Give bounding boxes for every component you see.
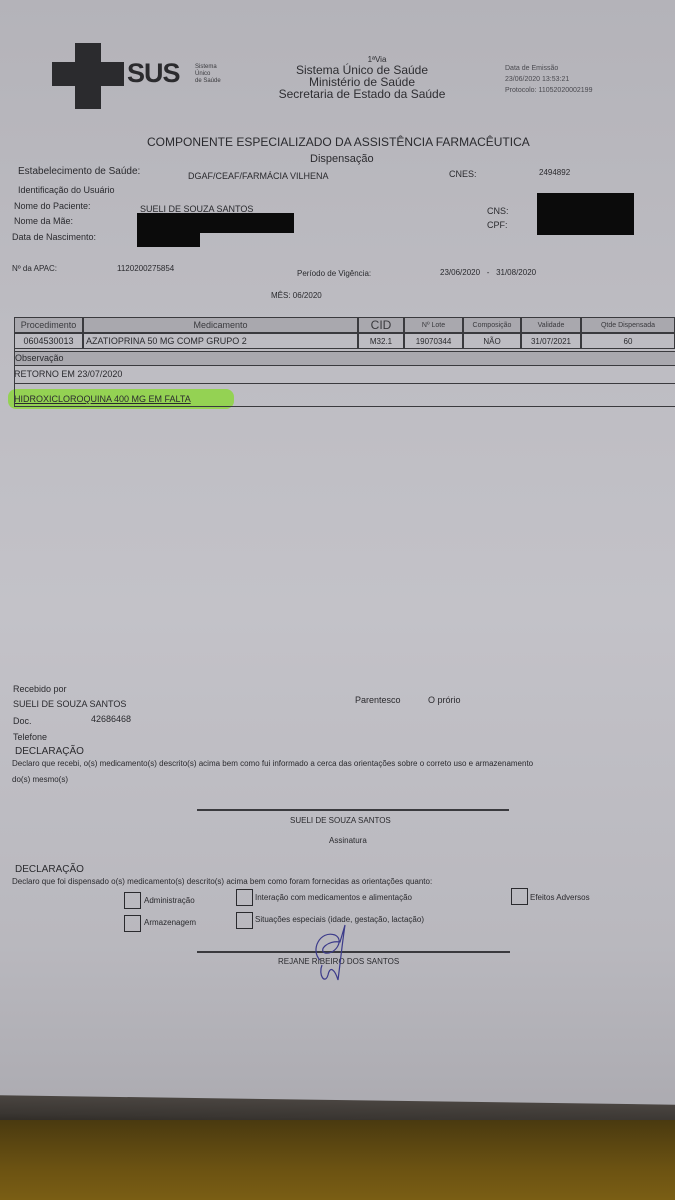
th-composicao: Composição	[463, 317, 521, 333]
establishment-label: Estabelecimento de Saúde:	[18, 166, 140, 177]
table-bottom-border	[14, 406, 675, 407]
option-interacao: Interação com medicamentos e alimentação	[255, 893, 412, 902]
checkbox-situacoes-especiais[interactable]	[236, 912, 253, 929]
table-left-border	[14, 317, 15, 407]
signature-name: SUELI DE SOUZA SANTOS	[290, 816, 391, 825]
th-lote: Nº Lote	[404, 317, 463, 333]
signature-label: Assinatura	[329, 836, 367, 845]
birth-date-label: Data de Nascimento:	[12, 232, 96, 242]
cross-icon-bar	[52, 62, 124, 86]
received-by-name: SUELI DE SOUZA SANTOS	[13, 699, 126, 709]
document-subtitle: Dispensação	[310, 153, 374, 165]
redacted-birth-date	[137, 232, 200, 247]
table-header-row: Procedimento Medicamento CID Nº Lote Com…	[14, 317, 675, 333]
observation-label: Observação	[14, 352, 64, 365]
signature-line	[197, 809, 509, 811]
redacted-mother-name	[137, 213, 294, 233]
th-validade: Validade	[521, 317, 581, 333]
period-start: 23/06/2020	[440, 268, 480, 277]
document-title: COMPONENTE ESPECIALIZADO DA ASSISTÊNCIA …	[147, 135, 530, 149]
td-procedimento: 0604530013	[14, 333, 83, 349]
option-armazenagem: Armazenagem	[144, 918, 196, 927]
redacted-cns-cpf	[537, 193, 634, 235]
user-identification-label: Identificação do Usuário	[18, 185, 115, 195]
patient-name-label: Nome do Paciente:	[14, 201, 91, 211]
protocol-value: 11052020002199	[538, 87, 592, 94]
received-by-label: Recebido por	[13, 684, 67, 694]
observation-header: Observação	[14, 351, 675, 366]
apac-label: Nº da APAC:	[12, 264, 57, 273]
month-value: 06/2020	[293, 291, 322, 300]
td-lote: 19070344	[404, 333, 463, 349]
td-cid: M32.1	[358, 333, 404, 349]
checkbox-armazenagem[interactable]	[124, 915, 141, 932]
relationship-label: Parentesco	[355, 695, 401, 705]
protocol: Protocolo: 11052020002199	[505, 85, 592, 96]
logo-subtitle-line: Sistema	[195, 64, 221, 71]
logo-text: SUS	[127, 58, 180, 89]
td-medicamento: AZATIOPRINA 50 MG COMP GRUPO 2	[83, 333, 358, 349]
mother-name-label: Nome da Mãe:	[14, 216, 73, 226]
header-center: 1ªVia Sistema Único de Saúde Ministério …	[262, 55, 462, 100]
cross-icon-bottom	[75, 85, 101, 109]
th-qtde: Qtde Dispensada	[581, 317, 675, 333]
emission-label: Data de Emissão	[505, 63, 592, 74]
dispensing-declaration-title: DECLARAÇÃO	[15, 864, 84, 875]
td-composicao: NÃO	[463, 333, 521, 349]
period-end: 31/08/2020	[496, 268, 536, 277]
cnes-value: 2494892	[539, 168, 570, 177]
logo-subtitle-line: de Saúde	[195, 78, 221, 85]
relationship-value: O prório	[428, 695, 461, 705]
observation-line-1: RETORNO EM 23/07/2020	[14, 369, 122, 379]
observation-line-2: HIDROXICLOROQUINA 400 MG EM FALTA	[14, 394, 191, 404]
checkbox-administracao[interactable]	[124, 892, 141, 909]
handwritten-signature	[300, 920, 370, 990]
cns-label: CNS:	[487, 206, 509, 216]
apac-value: 1120200275854	[117, 264, 174, 273]
header-line3: Secretaria de Estado da Saúde	[262, 88, 462, 100]
cpf-label: CPF:	[487, 220, 508, 230]
th-procedimento: Procedimento	[14, 317, 83, 333]
doc-value: 42686468	[91, 714, 131, 724]
th-medicamento: Medicamento	[83, 317, 358, 333]
phone-label: Telefone	[13, 732, 47, 742]
period-range: 23/06/2020 - 31/08/2020	[440, 268, 536, 277]
emission-value: 23/06/2020 13:53:21	[505, 74, 592, 85]
td-validade: 31/07/2021	[521, 333, 581, 349]
option-administracao: Administração	[144, 896, 195, 905]
receipt-declaration-title: DECLARAÇÃO	[15, 746, 84, 757]
emission-info: Data de Emissão 23/06/2020 13:53:21 Prot…	[505, 63, 592, 96]
dispensing-declaration-text: Declaro que foi dispensado o(s) medicame…	[12, 877, 432, 886]
period-separator: -	[487, 268, 490, 277]
option-efeitos-adversos: Efeitos Adversos	[530, 893, 590, 902]
checkbox-interacao[interactable]	[236, 889, 253, 906]
receipt-declaration-text: Declaro que recebi, o(s) medicamento(s) …	[12, 759, 533, 768]
table-surface	[0, 1120, 675, 1200]
table-divider	[14, 383, 675, 384]
checkbox-efeitos-adversos[interactable]	[511, 888, 528, 905]
th-cid: CID	[358, 317, 404, 333]
logo-subtitle: Sistema Único de Saúde	[195, 64, 221, 85]
establishment-value: DGAF/CEAF/FARMÁCIA VILHENA	[188, 171, 329, 181]
protocol-label: Protocolo:	[505, 87, 537, 94]
cnes-label: CNES:	[449, 169, 477, 179]
td-qtde: 60	[581, 333, 675, 349]
receipt-declaration-text-2: do(s) mesmo(s)	[12, 775, 68, 784]
period-label: Período de Vigência:	[297, 269, 371, 278]
month-label: MÊS:	[271, 291, 291, 300]
table-row: 0604530013 AZATIOPRINA 50 MG COMP GRUPO …	[14, 333, 675, 349]
month: MÊS: 06/2020	[271, 291, 322, 300]
doc-label: Doc.	[13, 716, 32, 726]
logo-subtitle-line: Único	[195, 71, 221, 78]
